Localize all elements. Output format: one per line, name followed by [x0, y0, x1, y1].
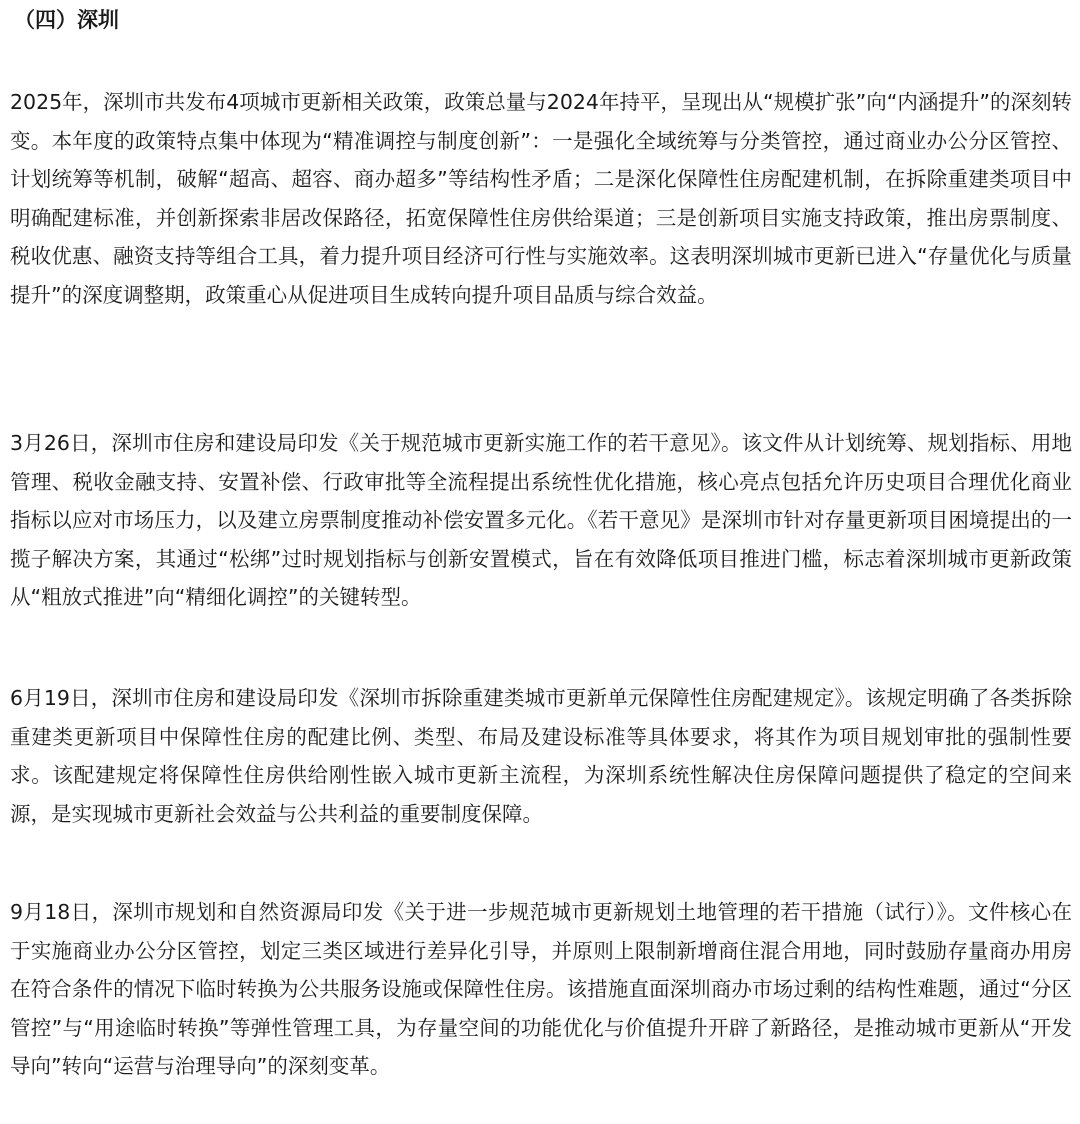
- section-heading: （四）深圳: [14, 4, 119, 36]
- paragraph-policy-september: 9月18日，深圳市规划和自然资源局印发《关于进一步规范城市更新规划土地管理的若干…: [10, 893, 1072, 1086]
- paragraph-policy-march: 3月26日，深圳市住房和建设局印发《关于规范城市更新实施工作的若干意见》。该文件…: [10, 424, 1072, 617]
- paragraph-policy-june: 6月19日，深圳市住房和建设局印发《深圳市拆除重建类城市更新单元保障性住房配建规…: [10, 679, 1072, 833]
- document-page: （四）深圳 2025年，深圳市共发布4项城市更新相关政策，政策总量与2024年持…: [0, 0, 1080, 1124]
- paragraph-overview: 2025年，深圳市共发布4项城市更新相关政策，政策总量与2024年持平，呈现出从…: [10, 83, 1072, 315]
